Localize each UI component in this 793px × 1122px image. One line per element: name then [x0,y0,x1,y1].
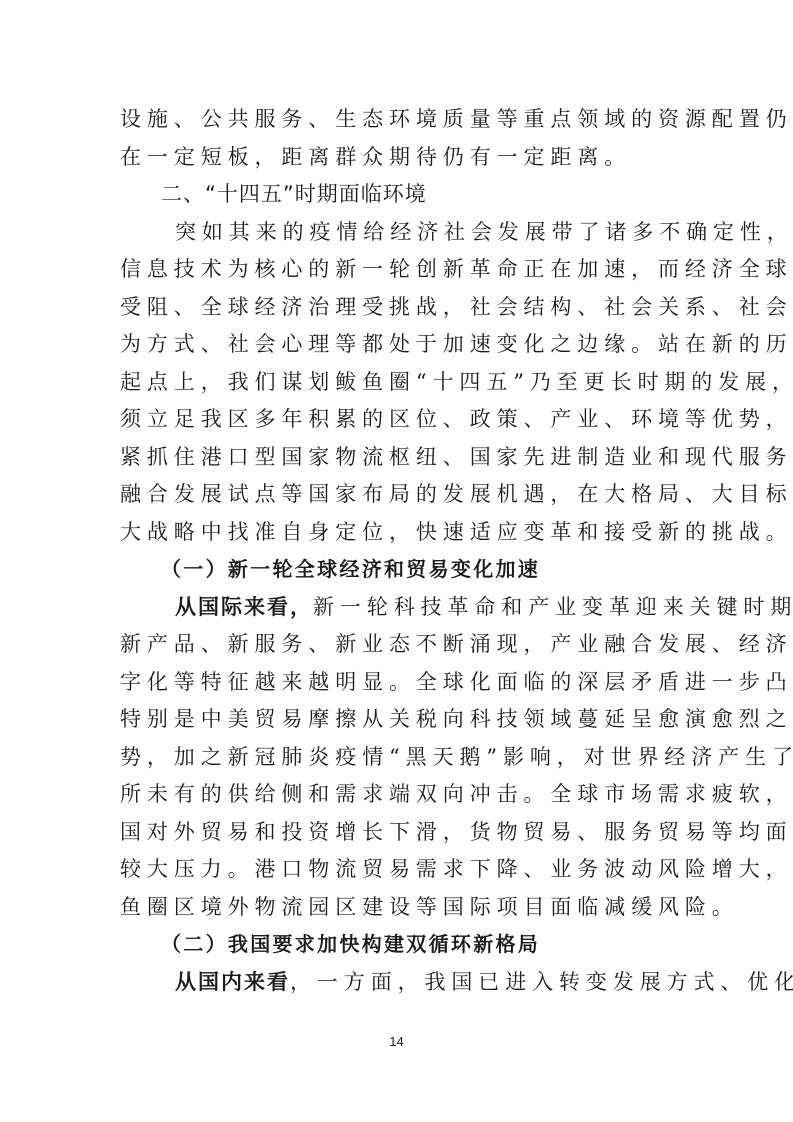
text-line: 融合发展试点等国家布局的发展机遇，在大格局、大目标、 [120,476,676,514]
text-line: 特别是中美贸易摩擦从关税向科技领域蔓延呈愈演愈烈之 [120,701,676,739]
text-line: 起点上，我们谋划鲅鱼圈“十四五”乃至更长时期的发展，必 [120,364,676,402]
section-heading: 二、“十四五”时期面临环境 [120,176,676,214]
subsection-heading-1: （一）新一轮全球经济和贸易变化加速 [120,551,676,589]
document-page: 设施、公共服务、生态环境质量等重点领域的资源配置仍存 在一定短板，距离群众期待仍… [0,0,793,1122]
text-line: 为方式、社会心理等都处于加速变化之边缘。站在新的历史 [120,326,676,364]
text-line: 设施、公共服务、生态环境质量等重点领域的资源配置仍存 [120,101,676,139]
subsection-heading-2: （二）我国要求加快构建双循环新格局 [120,926,676,964]
page-body: 设施、公共服务、生态环境质量等重点领域的资源配置仍存 在一定短板，距离群众期待仍… [120,101,676,1001]
text-line: 受阻、全球经济治理受挑战，社会结构、社会关系、社会行 [120,289,676,327]
text-line: 在一定短板，距离群众期待仍有一定距离。 [120,139,676,177]
text-line: 从国内来看，一方面，我国已进入转变发展方式、优化 [120,964,676,1002]
text-line: 大战略中找准自身定位，快速适应变革和接受新的挑战。 [120,514,676,552]
page-number: 14 [0,1034,793,1049]
text-span: ，一方面，我国已进入转变发展方式、优化 [290,970,793,994]
lead-bold-text: 从国内来看 [175,970,290,994]
text-line: 较大压力。港口物流贸易需求下降、业务波动风险增大，鲅 [120,851,676,889]
text-line: 所未有的供给侧和需求端双向冲击。全球市场需求疲软，我 [120,776,676,814]
text-line: 国对外贸易和投资增长下滑，货物贸易、服务贸易等均面临 [120,814,676,852]
lead-bold-text: 从国际来看， [175,595,313,619]
text-line: 新产品、新服务、新业态不断涌现，产业融合发展、经济数 [120,626,676,664]
text-line: 鱼圈区境外物流园区建设等国际项目面临减缓风险。 [120,889,676,927]
text-span: 新一轮科技革命和产业变革迎来关键时期， [313,595,793,619]
text-line: 字化等特征越来越明显。全球化面临的深层矛盾进一步凸显， [120,664,676,702]
text-line: 势，加之新冠肺炎疫情“黑天鹅”影响，对世界经济产生了前 [120,739,676,777]
text-line: 从国际来看，新一轮科技革命和产业变革迎来关键时期， [120,589,676,627]
text-line: 须立足我区多年积累的区位、政策、产业、环境等优势，紧 [120,401,676,439]
text-line: 信息技术为核心的新一轮创新革命正在加速，而经济全球化 [120,251,676,289]
text-line: 紧抓住港口型国家物流枢纽、国家先进制造业和现代服务业 [120,439,676,477]
text-line: 突如其来的疫情给经济社会发展带了诸多不确定性，以 [120,214,676,252]
